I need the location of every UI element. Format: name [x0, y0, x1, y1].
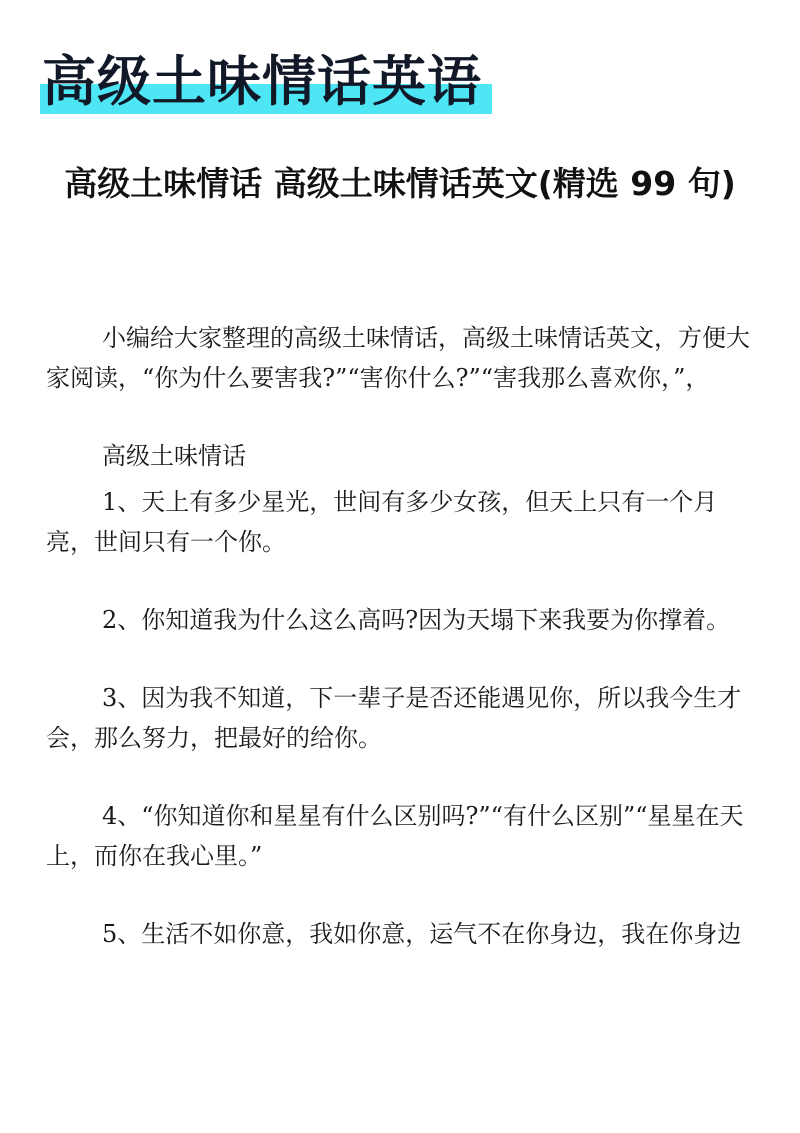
list-item: 5、生活不如你意，我如你意，运气不在你身边，我在你身边 — [46, 914, 758, 954]
list-item: 3、因为我不知道，下一辈子是否还能遇见你，所以我今生才会，那么努力，把最好的给你… — [46, 678, 758, 758]
spacer — [46, 640, 758, 678]
section-heading: 高级土味情话 — [46, 436, 758, 476]
list-item: 2、你知道我为什么这么高吗?因为天塌下来我要为你撑着。 — [46, 600, 758, 640]
banner-title: 高级土味情话英语 — [40, 52, 492, 112]
spacer — [46, 758, 758, 796]
intro-paragraph: 小编给大家整理的高级土味情话，高级土味情话英文，方便大家阅读，“你为什么要害我?… — [46, 318, 758, 398]
article-title: 高级土味情话 高级土味情话英文(精选 99 句) — [40, 160, 760, 208]
spacer — [46, 562, 758, 600]
spacer — [46, 876, 758, 914]
list-item: 4、“你知道你和星星有什么区别吗?”“有什么区别”“星星在天上，而你在我心里。” — [46, 796, 758, 876]
spacer — [46, 398, 758, 436]
banner-title-text: 高级土味情话英语 — [42, 50, 482, 113]
article-body: 小编给大家整理的高级土味情话，高级土味情话英文，方便大家阅读，“你为什么要害我?… — [46, 318, 758, 954]
list-item: 1、天上有多少星光，世间有多少女孩，但天上只有一个月亮，世间只有一个你。 — [46, 482, 758, 562]
